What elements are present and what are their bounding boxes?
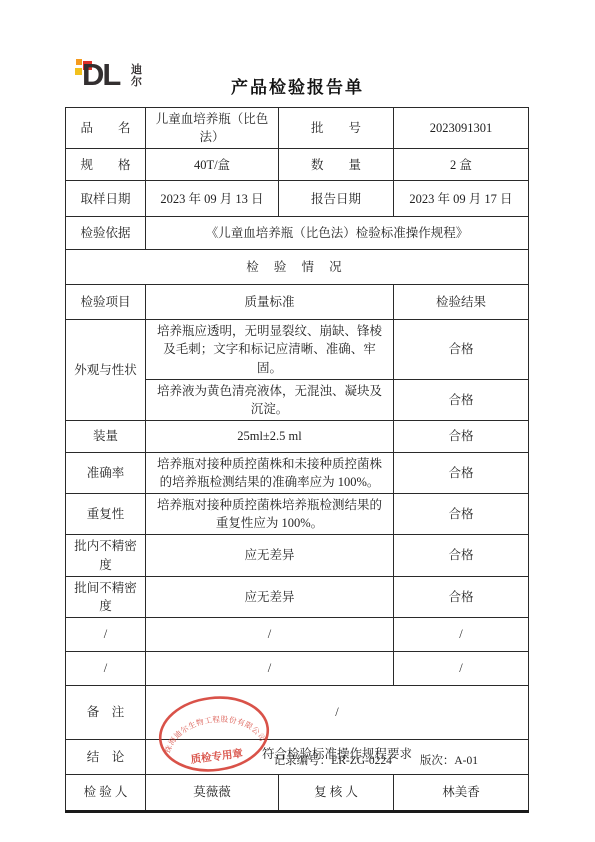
version-label: 版次： bbox=[420, 755, 455, 767]
item-repeatability-result: 合格 bbox=[394, 494, 529, 535]
table-row: / / / bbox=[66, 651, 529, 685]
item-accuracy-result: 合格 bbox=[394, 452, 529, 493]
record-no-value: ER-ZG-0224 bbox=[331, 755, 392, 767]
item-volume-result: 合格 bbox=[394, 420, 529, 452]
table-row: 规 格 40T/盒 数 量 2 盒 bbox=[66, 149, 529, 181]
basis-value: 《儿童血培养瓶（比色法）检验标准操作规程》 bbox=[146, 217, 529, 250]
item-intrabatch-label: 批内不精密度 bbox=[66, 535, 146, 576]
item-appearance-label: 外观与性状 bbox=[66, 320, 146, 421]
item-volume-label: 装量 bbox=[66, 420, 146, 452]
item-empty2-standard: / bbox=[146, 651, 394, 685]
remark-label: 备 注 bbox=[66, 685, 146, 739]
item-empty1-label: / bbox=[66, 617, 146, 651]
item-repeatability-label: 重复性 bbox=[66, 494, 146, 535]
item-intrabatch-standard: 应无差异 bbox=[146, 535, 394, 576]
section-title: 检 验 情 况 bbox=[66, 250, 529, 285]
reviewer-label: 复 核 人 bbox=[279, 774, 394, 811]
item-appearance-standard-1: 培养瓶应透明，无明显裂纹、崩缺、锋棱及毛刺；文字和标记应清晰、准确、牢固。 bbox=[146, 320, 394, 379]
inspector-name: 莫薇薇 bbox=[146, 774, 279, 811]
item-volume-standard: 25ml±2.5 ml bbox=[146, 420, 394, 452]
table-row: 装量 25ml±2.5 ml 合格 bbox=[66, 420, 529, 452]
report-date-value: 2023 年 09 月 17 日 bbox=[394, 181, 529, 217]
item-appearance-result-1: 合格 bbox=[394, 320, 529, 379]
table-row: 检 验 情 况 bbox=[66, 250, 529, 285]
batch-no-value: 2023091301 bbox=[394, 108, 529, 149]
item-accuracy-standard: 培养瓶对接种质控菌株和未接种质控菌株的培养瓶检测结果的准确率应为 100%。 bbox=[146, 452, 394, 493]
table-row: 检 验 人 莫薇薇 复 核 人 林美香 bbox=[66, 774, 529, 811]
product-name-value: 儿童血培养瓶（比色法） bbox=[146, 108, 279, 149]
item-appearance-standard-2: 培养液为黄色清亮液体，无混浊、凝块及沉淀。 bbox=[146, 379, 394, 420]
col-header-result: 检验结果 bbox=[394, 285, 529, 320]
item-appearance-result-2: 合格 bbox=[394, 379, 529, 420]
table-row: / / / bbox=[66, 617, 529, 651]
spec-value: 40T/盒 bbox=[146, 149, 279, 181]
table-row: 外观与性状 培养瓶应透明，无明显裂纹、崩缺、锋棱及毛刺；文字和标记应清晰、准确、… bbox=[66, 320, 529, 379]
basis-label: 检验依据 bbox=[66, 217, 146, 250]
table-row: 取样日期 2023 年 09 月 13 日 报告日期 2023 年 09 月 1… bbox=[66, 181, 529, 217]
table-row: 准确率 培养瓶对接种质控菌株和未接种质控菌株的培养瓶检测结果的准确率应为 100… bbox=[66, 452, 529, 493]
record-no-label: 记录编号： bbox=[274, 755, 332, 767]
table-row: 批内不精密度 应无差异 合格 bbox=[66, 535, 529, 576]
item-empty2-result: / bbox=[394, 651, 529, 685]
remark-value: / bbox=[146, 685, 529, 739]
table-row: 检验项目 质量标准 检验结果 bbox=[66, 285, 529, 320]
inspector-label: 检 验 人 bbox=[66, 774, 146, 811]
item-accuracy-label: 准确率 bbox=[66, 452, 146, 493]
sampling-date-label: 取样日期 bbox=[66, 181, 146, 217]
quantity-value: 2 盒 bbox=[394, 149, 529, 181]
col-header-standard: 质量标准 bbox=[146, 285, 394, 320]
item-empty1-standard: / bbox=[146, 617, 394, 651]
product-name-label: 品 名 bbox=[66, 108, 146, 149]
version-value: A-01 bbox=[454, 755, 478, 767]
table-row: 备 注 / bbox=[66, 685, 529, 739]
item-intrabatch-result: 合格 bbox=[394, 535, 529, 576]
item-interbatch-label: 批间不精密度 bbox=[66, 576, 146, 617]
report-table: 品 名 儿童血培养瓶（比色法） 批 号 2023091301 规 格 40T/盒… bbox=[65, 107, 529, 813]
report-page: DL 迪 尔 产品检验报告单 品 名 儿童血培养瓶（比色法） 批 号 20230… bbox=[0, 0, 595, 842]
quantity-label: 数 量 bbox=[279, 149, 394, 181]
footer-record-line: 记录编号：ER-ZG-0224版次：A-01 bbox=[65, 752, 528, 768]
report-date-label: 报告日期 bbox=[279, 181, 394, 217]
item-repeatability-standard: 培养瓶对接种质控菌株培养瓶检测结果的重复性应为 100%。 bbox=[146, 494, 394, 535]
reviewer-name: 林美香 bbox=[394, 774, 529, 811]
batch-no-label: 批 号 bbox=[279, 108, 394, 149]
col-header-item: 检验项目 bbox=[66, 285, 146, 320]
sampling-date-value: 2023 年 09 月 13 日 bbox=[146, 181, 279, 217]
item-interbatch-result: 合格 bbox=[394, 576, 529, 617]
table-row: 检验依据 《儿童血培养瓶（比色法）检验标准操作规程》 bbox=[66, 217, 529, 250]
page-title: 产品检验报告单 bbox=[0, 73, 595, 98]
spec-label: 规 格 bbox=[66, 149, 146, 181]
item-empty1-result: / bbox=[394, 617, 529, 651]
item-interbatch-standard: 应无差异 bbox=[146, 576, 394, 617]
table-row: 批间不精密度 应无差异 合格 bbox=[66, 576, 529, 617]
item-empty2-label: / bbox=[66, 651, 146, 685]
table-row: 品 名 儿童血培养瓶（比色法） 批 号 2023091301 bbox=[66, 108, 529, 149]
table-row: 重复性 培养瓶对接种质控菌株培养瓶检测结果的重复性应为 100%。 合格 bbox=[66, 494, 529, 535]
